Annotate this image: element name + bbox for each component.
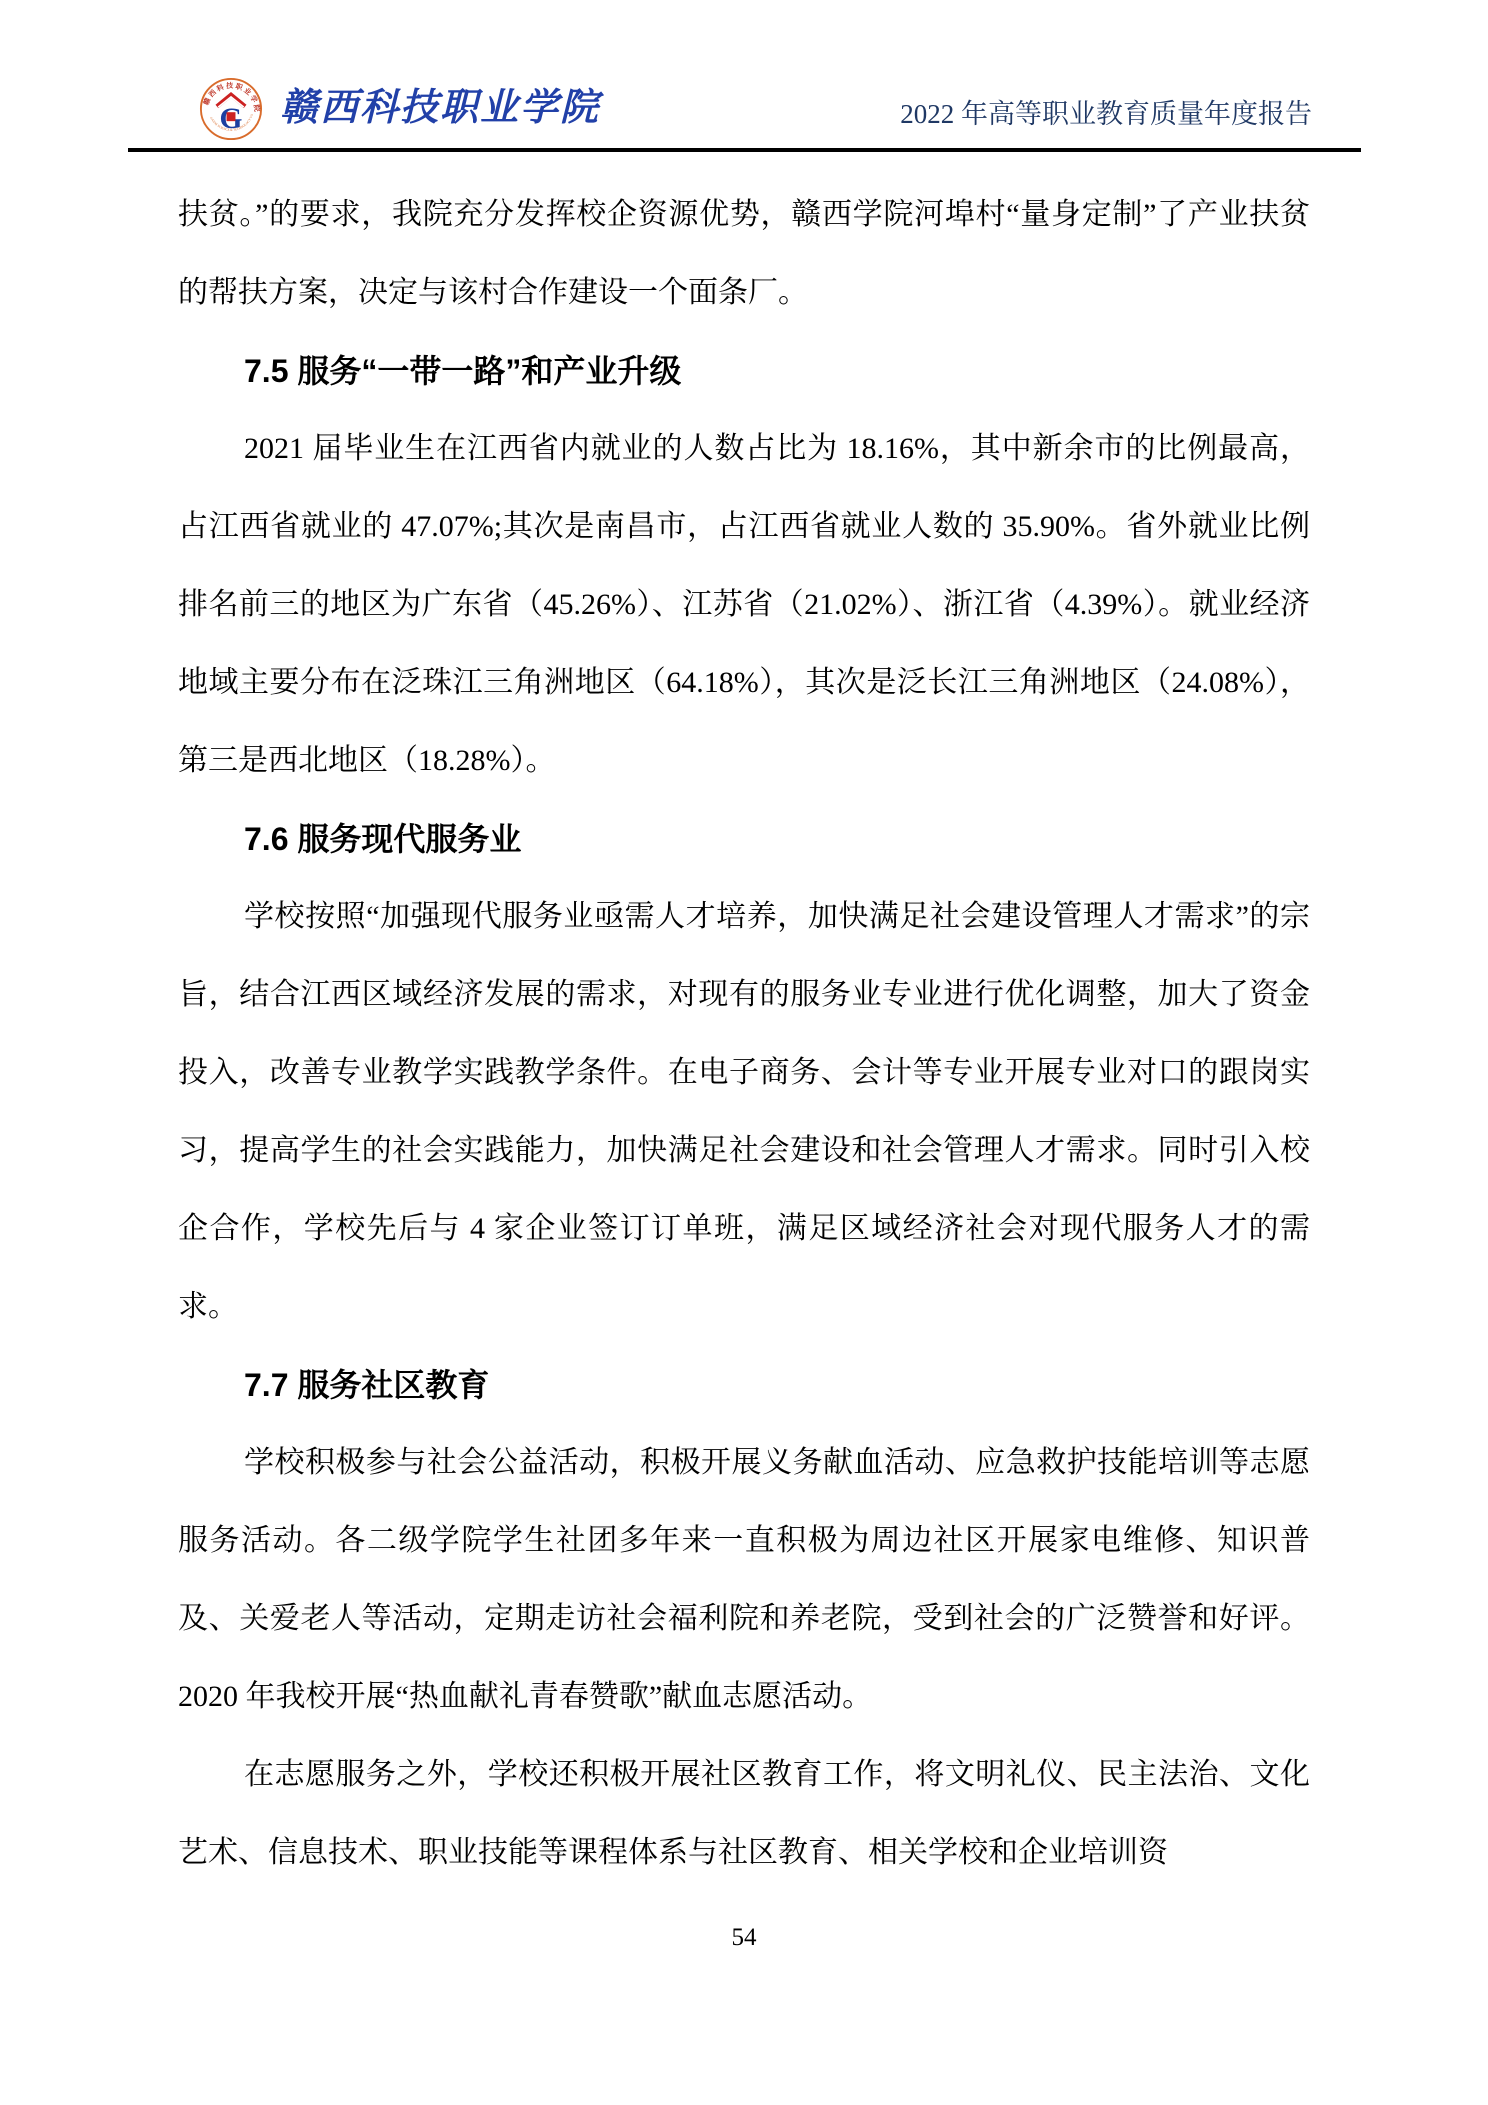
- paragraph-community-service: 学校积极参与社会公益活动，积极开展义务献血活动、应急救护技能培训等志愿服务活动。…: [178, 1424, 1310, 1736]
- page-number: 54: [0, 1924, 1488, 1952]
- school-logo-icon: 赣 西 科 技 职 业 学 院 G GANXI SCIENCE & TECHNO…: [199, 77, 263, 141]
- document-page: 赣 西 科 技 职 业 学 院 G GANXI SCIENCE & TECHNO…: [0, 0, 1488, 2105]
- header-rule: [128, 148, 1361, 152]
- paragraph-modern-services: 学校按照“加强现代服务业亟需人才培养，加快满足社会建设管理人才需求”的宗旨，结合…: [178, 878, 1310, 1346]
- section-heading-7-7: 7.7 服务社区教育: [178, 1346, 1310, 1424]
- school-name: 赣西科技职业学院: [280, 76, 600, 131]
- paragraph-employment-stats: 2021 届毕业生在江西省内就业的人数占比为 18.16%，其中新余市的比例最高…: [178, 410, 1310, 800]
- document-body: 扶贫。”的要求，我院充分发挥校企资源优势，赣西学院河埠村“量身定制”了产业扶贫的…: [178, 176, 1310, 1892]
- paragraph-continuation: 扶贫。”的要求，我院充分发挥校企资源优势，赣西学院河埠村“量身定制”了产业扶贫的…: [178, 176, 1310, 332]
- section-heading-7-5: 7.5 服务“一带一路”和产业升级: [178, 332, 1310, 410]
- paragraph-community-education: 在志愿服务之外，学校还积极开展社区教育工作，将文明礼仪、民主法治、文化艺术、信息…: [178, 1736, 1310, 1892]
- section-heading-7-6: 7.6 服务现代服务业: [178, 800, 1310, 878]
- report-title: 2022 年高等职业教育质量年度报告: [900, 92, 1312, 131]
